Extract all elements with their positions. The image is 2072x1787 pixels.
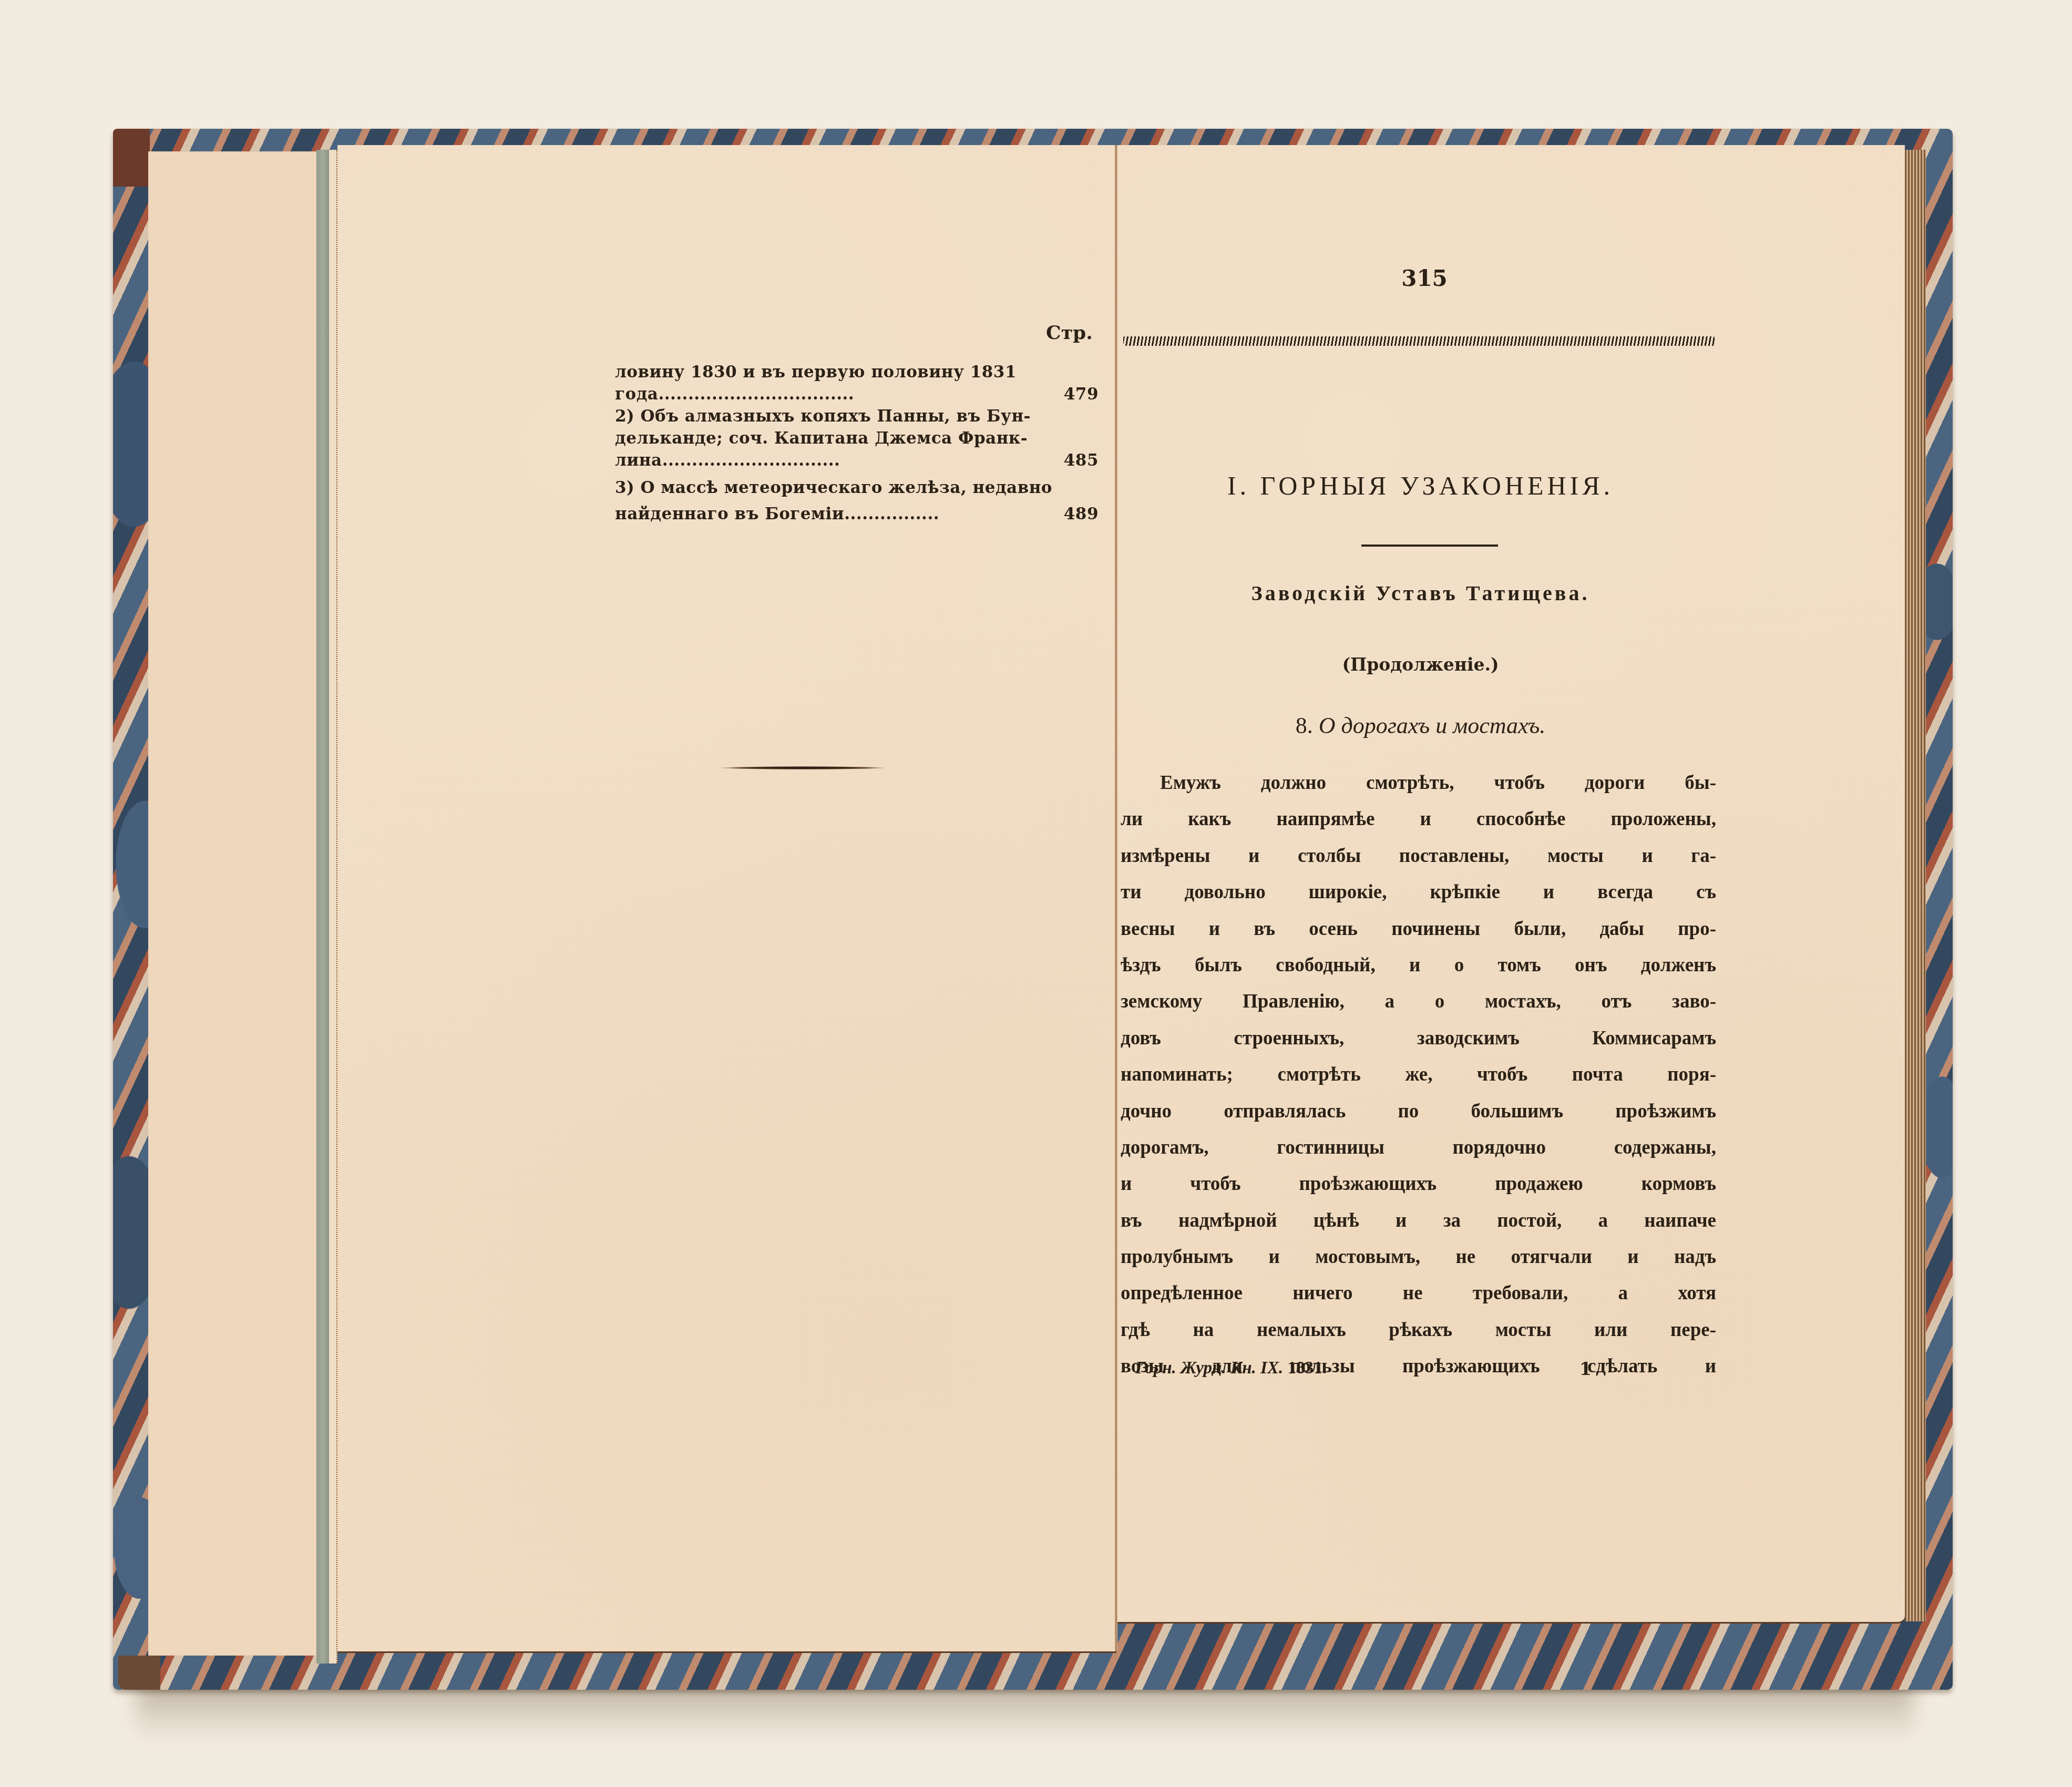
body-line: пролубнымъ и мостовымъ, не отягчали и на… bbox=[1121, 1239, 1716, 1275]
leather-corner-bottom-left bbox=[118, 1656, 160, 1690]
body-line: ли какъ наипрямѣе и способнѣе проложены, bbox=[1121, 801, 1716, 837]
body-line: опредѣленное ничего не требовали, а хотя bbox=[1121, 1275, 1716, 1311]
subsection-number: 8. bbox=[1296, 713, 1313, 738]
toc-page-number: 489 bbox=[1064, 505, 1099, 523]
page-number: 315 bbox=[1393, 265, 1456, 291]
hinge-paper-edge bbox=[329, 150, 337, 1663]
document-title: Заводскій Уставъ Татищева. bbox=[1125, 581, 1716, 605]
body-line: ѣздъ былъ свободный, и о томъ онъ должен… bbox=[1121, 947, 1716, 983]
toc-entry-text: лина bbox=[615, 451, 662, 470]
toc-entry-line: года................................. 47… bbox=[615, 385, 1099, 404]
body-line: дочно отправлялась по большимъ проѣзжимъ bbox=[1121, 1093, 1716, 1129]
toc-entry-line: найденнаго въ Богеміи................ 48… bbox=[615, 505, 1099, 523]
body-line: въ надмѣрной цѣнѣ и за постой, а наипаче bbox=[1121, 1203, 1716, 1239]
continuation-note: (Продолженіе.) bbox=[1125, 654, 1716, 675]
body-line: Емужъ должно смотрѣть, чтобъ дороги бы- bbox=[1121, 765, 1716, 801]
toc-entry-line: 3) О массѣ метеорическаго желѣза, недавн… bbox=[615, 478, 1099, 497]
subsection-title: О дорогахъ и мостахъ. bbox=[1319, 713, 1546, 738]
toc-entry-text: ловину 1830 и въ первую половину 1831 bbox=[615, 363, 1017, 382]
footer-signature: Горн. Журн. Кн. IX. 1831. bbox=[1135, 1359, 1327, 1378]
toc-entry-text: года bbox=[615, 385, 658, 404]
body-line: весны и въ осень починены были, дабы про… bbox=[1121, 911, 1716, 947]
toc-entry-text: найденнаго въ Богеміи bbox=[615, 505, 844, 523]
subsection-heading: 8. О дорогахъ и мостахъ. bbox=[1125, 712, 1716, 739]
leather-corner-top-left bbox=[113, 129, 150, 187]
toc-entry-line: лина.............................. 485 bbox=[615, 451, 1099, 470]
title-divider-rule bbox=[1361, 545, 1498, 547]
section-title: I. ГОРНЫЯ УЗАКОНЕНІЯ. bbox=[1125, 470, 1716, 501]
toc-page-number: 479 bbox=[1064, 385, 1099, 404]
toc-page-number: 485 bbox=[1064, 451, 1099, 470]
toc-leader-dots: .............................. bbox=[662, 451, 840, 470]
toc-entry-text: 3) О массѣ метеорическаго желѣза, недавн… bbox=[615, 478, 1052, 497]
page-edges bbox=[1905, 150, 1926, 1621]
toc-leader-dots: ................ bbox=[844, 505, 939, 523]
hinge-strip bbox=[316, 150, 329, 1663]
body-line: довъ строенныхъ, заводскимъ Коммисарамъ bbox=[1121, 1020, 1716, 1056]
body-line: дорогамъ, гостинницы порядочно содержаны… bbox=[1121, 1129, 1716, 1166]
body-line: ти довольно широкіе, крѣпкіе и всегда съ bbox=[1121, 874, 1716, 910]
decorative-wavy-rule bbox=[1123, 336, 1715, 346]
body-line: земскому Правленію, а о мостахъ, отъ зав… bbox=[1121, 983, 1716, 1020]
book-gutter bbox=[1115, 145, 1117, 1651]
body-text: Емужъ должно смотрѣть, чтобъ дороги бы- … bbox=[1121, 765, 1716, 1385]
toc-entry-line: дельканде; соч. Капитана Джемса Франк- bbox=[615, 429, 1099, 448]
body-line: измѣрены и столбы поставлены, мосты и га… bbox=[1121, 838, 1716, 874]
body-line: напоминать; смотрѣть же, чтобъ почта пор… bbox=[1121, 1056, 1716, 1093]
body-line: гдѣ на немалыхъ рѣкахъ мосты или пере- bbox=[1121, 1312, 1716, 1348]
flyleaf bbox=[148, 151, 317, 1656]
toc-entry-line: 2) Объ алмазныхъ копяхъ Панны, въ Бун- bbox=[615, 407, 1099, 426]
footer-year: 1831. bbox=[1287, 1359, 1326, 1378]
end-ornament-rule bbox=[720, 766, 886, 769]
toc-entry-line: ловину 1830 и въ первую половину 1831 bbox=[615, 363, 1099, 382]
footer-journal: Горн. Журн. Кн. IX. bbox=[1135, 1359, 1283, 1378]
signature-mark: 1 bbox=[1579, 1359, 1592, 1379]
toc-entry-text: 2) Объ алмазныхъ копяхъ Панны, въ Бун- bbox=[615, 407, 1031, 426]
toc-page-column-header: Стр. bbox=[1046, 322, 1093, 344]
toc-leader-dots: ................................. bbox=[658, 385, 854, 404]
toc-entry-text: дельканде; соч. Капитана Джемса Франк- bbox=[615, 429, 1028, 448]
body-line: и чтобъ проѣзжающихъ продажею кормовъ bbox=[1121, 1166, 1716, 1202]
